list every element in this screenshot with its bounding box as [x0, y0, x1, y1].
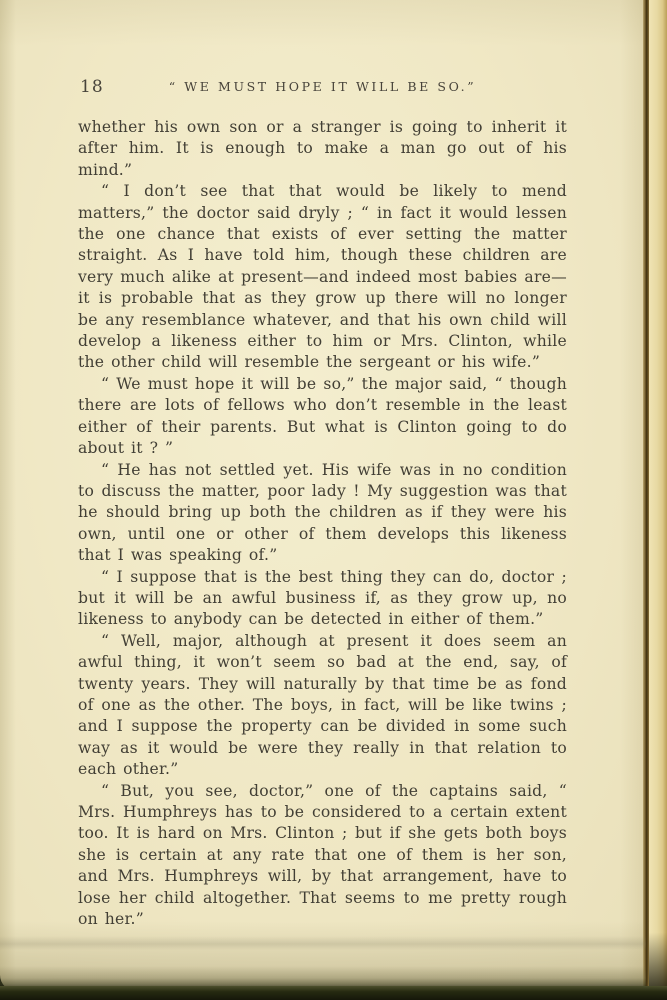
- running-header: “ WE MUST HOPE IT WILL BE SO.”: [78, 76, 567, 94]
- page-stack-edge: [0, 936, 646, 988]
- page-text: whether his own son or a stranger is goi…: [78, 117, 567, 930]
- adjacent-page-edge: [649, 0, 667, 992]
- paragraph: “ But, you see, doctor,” one of the capt…: [78, 781, 567, 931]
- page-header: 18 “ WE MUST HOPE IT WILL BE SO.”: [78, 76, 567, 98]
- paragraph: whether his own son or a stranger is goi…: [78, 117, 567, 181]
- ink-speck: [352, 536, 355, 539]
- book-page: 18 “ WE MUST HOPE IT WILL BE SO.” whethe…: [0, 0, 646, 991]
- paragraph: “ I don’t see that that would be likely …: [78, 181, 567, 374]
- book-scan: 18 “ WE MUST HOPE IT WILL BE SO.” whethe…: [0, 0, 667, 1000]
- paragraph: “ I suppose that is the best thing they …: [78, 567, 567, 631]
- paragraph: “ Well, major, although at present it do…: [78, 631, 567, 781]
- paragraph: “ We must hope it will be so,” the major…: [78, 374, 567, 460]
- book-cover-edge: [0, 986, 667, 1000]
- page-number: 18: [80, 77, 104, 97]
- paragraph: “ He has not settled yet. His wife was i…: [78, 460, 567, 567]
